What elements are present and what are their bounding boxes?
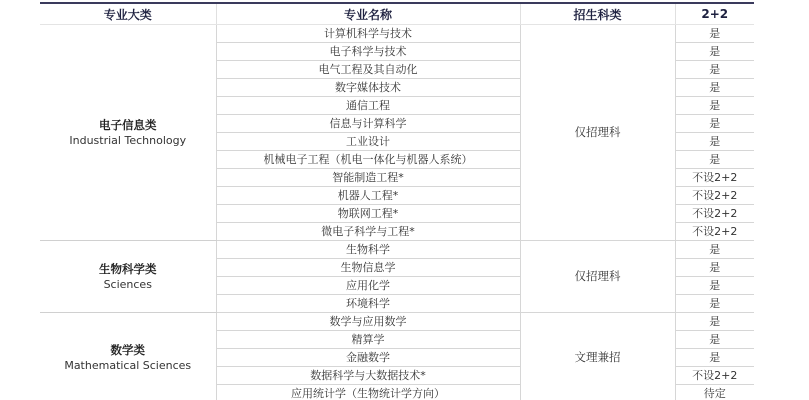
major-name: 微电子科学与工程* [216, 223, 520, 241]
two-plus-two-cell: 是 [675, 349, 754, 367]
major-name: 生物信息学 [216, 259, 520, 277]
category-en: Sciences [40, 277, 216, 293]
two-plus-two-cell: 是 [675, 331, 754, 349]
category-cn: 电子信息类 [40, 117, 216, 133]
header-two-plus-two: 2+2 [675, 3, 754, 25]
two-plus-two-cell: 不设2+2 [675, 223, 754, 241]
table-row: 数学类Mathematical Sciences数学与应用数学文理兼招是 [40, 313, 754, 331]
major-name: 信息与计算科学 [216, 115, 520, 133]
major-name: 智能制造工程* [216, 169, 520, 187]
table-row: 生物科学类Sciences生物科学仅招理科是 [40, 241, 754, 259]
table-body: 电子信息类Industrial Technology计算机科学与技术仅招理科是电… [40, 25, 754, 400]
header-subject: 招生科类 [520, 3, 675, 25]
major-name: 计算机科学与技术 [216, 25, 520, 43]
category-cell: 电子信息类Industrial Technology [40, 25, 216, 241]
two-plus-two-cell: 不设2+2 [675, 169, 754, 187]
major-name: 应用统计学（生物统计学方向） [216, 385, 520, 400]
major-name: 机械电子工程（机电一体化与机器人系统） [216, 151, 520, 169]
subject-cell: 仅招理科 [520, 25, 675, 241]
two-plus-two-cell: 是 [675, 133, 754, 151]
two-plus-two-cell: 是 [675, 277, 754, 295]
two-plus-two-cell: 不设2+2 [675, 367, 754, 385]
header-major-name: 专业名称 [216, 3, 520, 25]
two-plus-two-cell: 是 [675, 79, 754, 97]
major-name: 金融数学 [216, 349, 520, 367]
table-row: 电子信息类Industrial Technology计算机科学与技术仅招理科是 [40, 25, 754, 43]
major-name: 数据科学与大数据技术* [216, 367, 520, 385]
two-plus-two-cell: 是 [675, 151, 754, 169]
header-category: 专业大类 [40, 3, 216, 25]
two-plus-two-cell: 不设2+2 [675, 205, 754, 223]
major-name: 物联网工程* [216, 205, 520, 223]
two-plus-two-cell: 是 [675, 241, 754, 259]
category-cn: 数学类 [40, 342, 216, 358]
two-plus-two-cell: 是 [675, 295, 754, 313]
major-name: 数字媒体技术 [216, 79, 520, 97]
major-name: 电气工程及其自动化 [216, 61, 520, 79]
header-row: 专业大类 专业名称 招生科类 2+2 [40, 3, 754, 25]
major-name: 电子科学与技术 [216, 43, 520, 61]
two-plus-two-cell: 是 [675, 25, 754, 43]
two-plus-two-cell: 是 [675, 61, 754, 79]
major-name: 工业设计 [216, 133, 520, 151]
category-en: Mathematical Sciences [40, 358, 216, 374]
major-name: 通信工程 [216, 97, 520, 115]
majors-table: 专业大类 专业名称 招生科类 2+2 电子信息类Industrial Techn… [40, 2, 754, 400]
subject-cell: 文理兼招 [520, 313, 675, 400]
category-cn: 生物科学类 [40, 261, 216, 277]
two-plus-two-cell: 不设2+2 [675, 187, 754, 205]
subject-cell: 仅招理科 [520, 241, 675, 313]
major-name: 应用化学 [216, 277, 520, 295]
two-plus-two-cell: 待定 [675, 385, 754, 400]
major-name: 精算学 [216, 331, 520, 349]
category-cell: 数学类Mathematical Sciences [40, 313, 216, 400]
major-name: 数学与应用数学 [216, 313, 520, 331]
category-cell: 生物科学类Sciences [40, 241, 216, 313]
category-en: Industrial Technology [40, 133, 216, 149]
major-name: 环境科学 [216, 295, 520, 313]
two-plus-two-cell: 是 [675, 97, 754, 115]
major-name: 机器人工程* [216, 187, 520, 205]
two-plus-two-cell: 是 [675, 115, 754, 133]
two-plus-two-cell: 是 [675, 43, 754, 61]
two-plus-two-cell: 是 [675, 259, 754, 277]
two-plus-two-cell: 是 [675, 313, 754, 331]
major-name: 生物科学 [216, 241, 520, 259]
